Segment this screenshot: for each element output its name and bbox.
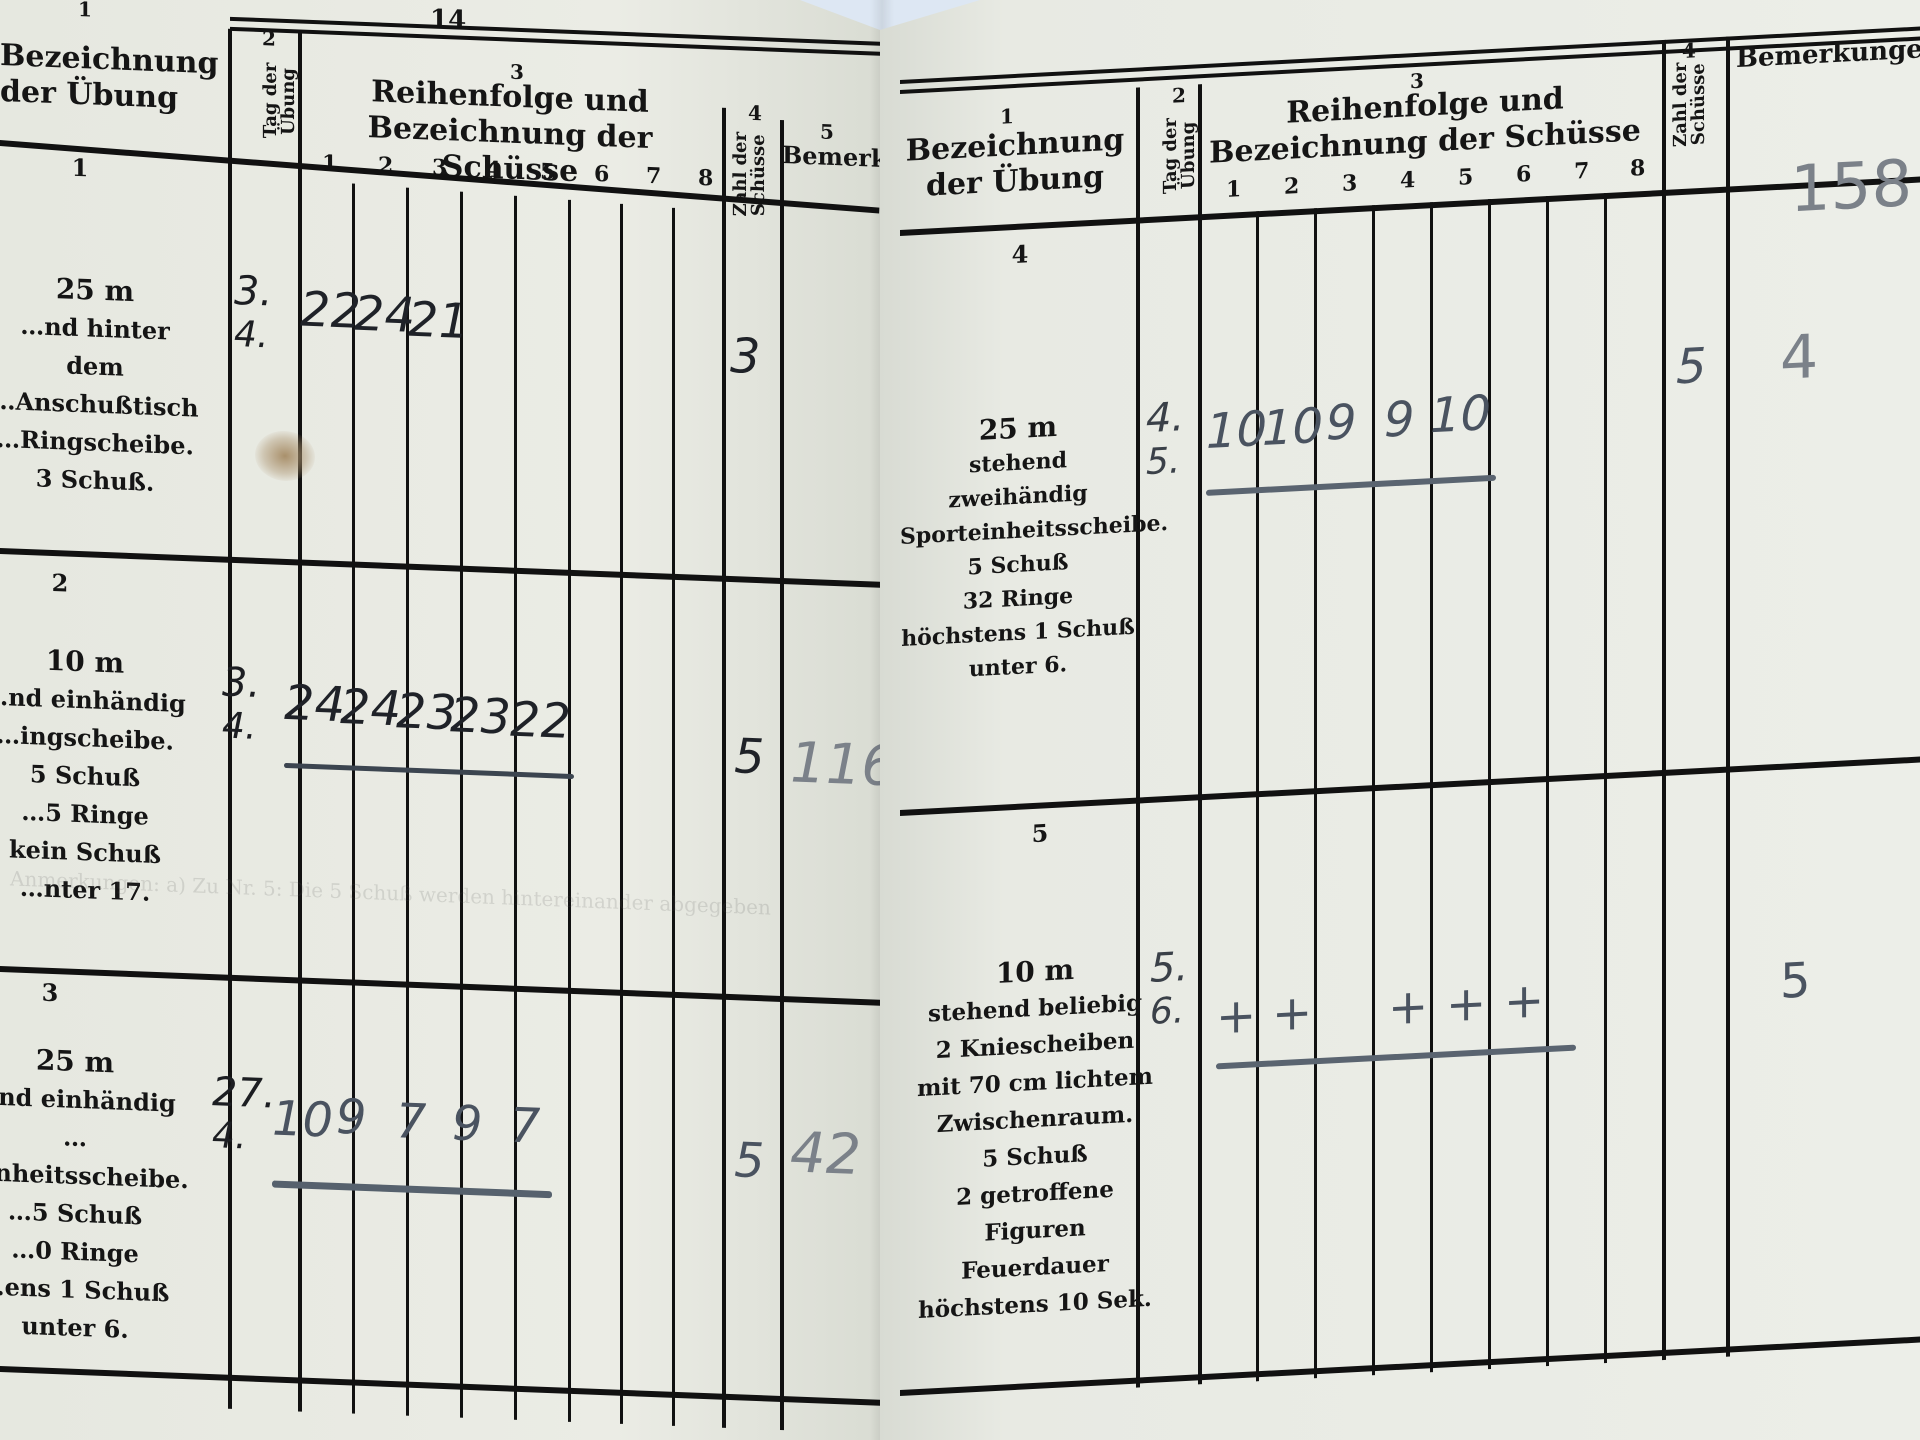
desc-line: …nd einhändig <box>0 1077 180 1123</box>
left-record-table: 14 1 Bezeichnung der Übung 2 Tag der Übu… <box>0 0 880 1434</box>
shot-score: 23 <box>450 687 511 745</box>
exercise-number: 1 <box>60 152 100 183</box>
shot-mark-hit: + <box>1388 978 1428 1036</box>
exercise-date: 5. 6. <box>1150 945 1188 1035</box>
date-day: 3. <box>234 268 272 315</box>
row-rule <box>0 548 880 588</box>
shot-col-6: 6 <box>1516 161 1531 188</box>
shot-divider <box>460 192 463 1418</box>
row-rule <box>900 1337 1920 1396</box>
shot-count: 5 <box>734 1132 765 1189</box>
shot-count: 5 <box>734 728 765 785</box>
col2-number: 2 <box>1172 83 1186 108</box>
desc-line: 2 getroffene Figuren <box>910 1168 1160 1255</box>
shot-score: 7 <box>396 1093 427 1150</box>
col1-number: 1 <box>1000 104 1014 129</box>
shot-col-8: 8 <box>1630 155 1645 182</box>
col-divider <box>1198 84 1202 1384</box>
shot-col-1: 1 <box>1226 176 1241 203</box>
shot-mark-hit: + <box>1272 984 1312 1042</box>
shot-col-7: 7 <box>646 163 661 190</box>
shot-mark-hit: + <box>1504 972 1544 1030</box>
shot-mark-hit: + <box>1216 987 1256 1045</box>
shot-col-8: 8 <box>698 165 713 192</box>
shot-score: 9 <box>1384 391 1415 449</box>
header-remark: 158 <box>1790 147 1912 227</box>
shot-col-2: 2 <box>1284 173 1299 200</box>
distance: 25 m <box>0 1039 180 1085</box>
shot-col-5: 5 <box>1458 164 1473 191</box>
shot-divider <box>672 208 675 1426</box>
col1-header: Bezeichnung der Übung <box>0 38 210 118</box>
col4-number: 4 <box>748 101 762 126</box>
col5-number: 5 <box>820 120 834 145</box>
shot-score: 9 <box>452 1095 483 1152</box>
desc-line: stehend zweihändig <box>900 440 1136 520</box>
col-divider <box>1662 40 1666 1360</box>
date-month: 4. <box>212 1114 276 1160</box>
col2-header: Tag der Übung <box>262 50 298 151</box>
date-day: 4. <box>1146 394 1184 442</box>
right-record-table: 15 1 Bezeichnung der Übung 2 Tag der Übu… <box>900 0 1920 1400</box>
paper-stain <box>255 430 315 482</box>
shot-count: 5 <box>1676 338 1707 396</box>
shot-score: 10 <box>1262 398 1323 457</box>
col2-number: 2 <box>262 26 276 51</box>
shot-divider <box>568 200 571 1422</box>
date-day: 27. <box>212 1069 276 1117</box>
date-day: 3. <box>222 660 260 707</box>
exercise-description: 10 m stehend beliebig 2 Kniescheiben mit… <box>910 946 1160 1329</box>
sum-underline <box>1216 1045 1576 1070</box>
shot-count: 5 <box>1780 952 1811 1010</box>
shot-divider <box>514 196 517 1420</box>
exercise-number: 3 <box>30 977 70 1008</box>
shot-score: 10 <box>1206 401 1267 460</box>
col4-header: Zahl der Schüsse <box>1672 53 1712 155</box>
shot-score: 24 <box>340 679 401 737</box>
shot-col-4: 4 <box>1400 167 1415 194</box>
desc-line: …0 Ringe <box>0 1229 180 1275</box>
shot-score: 10 <box>1430 385 1491 444</box>
col-divider <box>1726 37 1730 1357</box>
exercise-date: 3. 4. <box>222 661 260 750</box>
date-month: 4. <box>234 313 272 358</box>
right-page: 15 1 Bezeichnung der Übung 2 Tag der Übu… <box>880 0 1920 1440</box>
desc-line: …ens 1 Schuß <box>0 1267 180 1313</box>
desc-line: …ingscheibe. <box>0 715 190 761</box>
shot-score: 23 <box>396 683 457 741</box>
shot-score: 21 <box>408 292 469 350</box>
col5-header: Bemerkungen <box>782 140 880 174</box>
shot-score: 24 <box>284 675 345 733</box>
shot-count: 3 <box>730 328 761 385</box>
col1-number: 1 <box>78 0 92 22</box>
exercise-number: 2 <box>40 568 80 599</box>
bleed-through-text: Anmerkungen: a) Zu Nr. 5: Die 5 Schuß we… <box>10 860 771 926</box>
left-page-number: 14 <box>430 5 466 36</box>
sum-underline <box>272 1180 552 1198</box>
shot-col-1: 1 <box>322 150 337 177</box>
exercise-date: 3. 4. <box>234 269 272 358</box>
col-divider <box>722 108 726 1428</box>
exercise-date: 27. 4. <box>212 1070 276 1160</box>
date-day: 5. <box>1150 944 1188 992</box>
date-month: 4. <box>222 705 260 750</box>
remarks: 42 <box>790 1120 861 1188</box>
shot-score: 22 <box>510 692 571 750</box>
exercise-number: 5 <box>1020 818 1060 849</box>
exercise-description: 25 m stehend zweihändig Sporteinheitssch… <box>900 406 1136 690</box>
shot-score: 7 <box>510 1098 541 1155</box>
col4-header: Zahl der Schüsse <box>732 124 772 226</box>
shot-score: 9 <box>1326 394 1357 452</box>
shot-mark-hit: + <box>1446 975 1486 1033</box>
exercise-number: 4 <box>1000 239 1040 270</box>
shot-score: 10 <box>272 1090 333 1148</box>
date-month: 5. <box>1146 439 1184 485</box>
sum-underline <box>1206 475 1496 496</box>
exercise-description: 25 m …nd hinter dem …Anschußtisch …Rings… <box>0 268 200 504</box>
shot-score: 24 <box>354 286 415 344</box>
shot-divider <box>352 184 355 1414</box>
sum-underline <box>284 763 574 779</box>
row-rule <box>0 966 880 1006</box>
shot-col-3: 3 <box>1342 170 1357 197</box>
exercise-date: 4. 5. <box>1146 395 1184 485</box>
shot-score: 22 <box>300 282 361 340</box>
col-divider <box>780 120 784 1430</box>
row-rule <box>900 757 1920 816</box>
col1-header: Bezeichnung der Übung <box>900 122 1130 206</box>
shot-col-6: 6 <box>594 161 609 188</box>
shot-score: 9 <box>336 1089 367 1146</box>
col2-header: Tag der Übung <box>1162 104 1198 206</box>
date-month: 6. <box>1150 989 1188 1035</box>
desc-line: …einheitsscheibe. <box>0 1115 180 1199</box>
desc-line: …Ringscheibe. <box>0 420 200 466</box>
row-rule <box>0 1366 880 1406</box>
desc-line: …nd hinter dem <box>0 306 200 390</box>
shot-divider <box>406 188 409 1416</box>
exercise-description: 25 m …nd einhändig …einheitsscheibe. …5 … <box>0 1039 180 1351</box>
col5-header: Bemerkungen <box>1736 34 1886 76</box>
left-page: 14 1 Bezeichnung der Übung 2 Tag der Übu… <box>0 0 880 1440</box>
right-page-number: 15 <box>1360 0 1396 6</box>
shot-divider <box>620 204 623 1424</box>
remarks: 4 <box>1780 322 1818 394</box>
shot-col-7: 7 <box>1574 158 1589 185</box>
